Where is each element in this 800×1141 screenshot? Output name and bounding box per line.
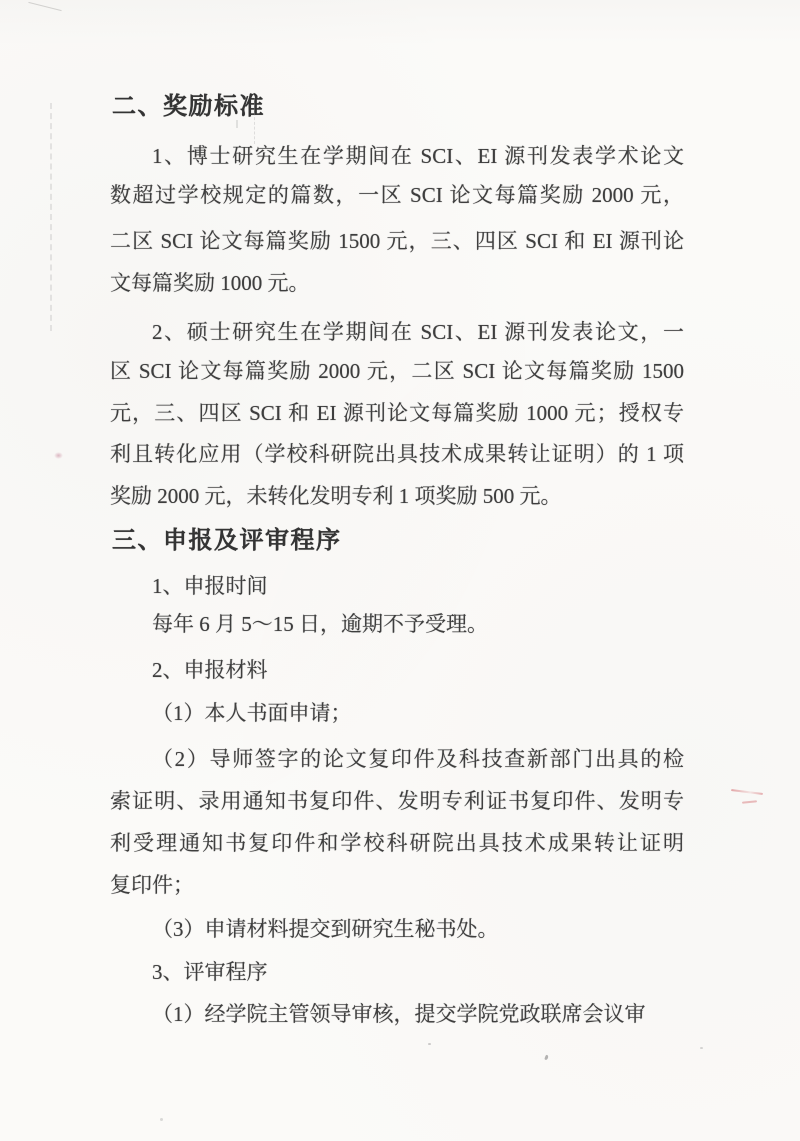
document-line: 利且转化应用（学校科研院出具技术成果转让证明）的 1 项 [110, 439, 684, 469]
document-heading: 三、申报及评审程序 [112, 525, 686, 555]
document-line: （1）本人书面申请； [110, 698, 684, 728]
document-line: 复印件； [110, 870, 684, 900]
scan-artifact-speck [160, 1118, 163, 1121]
scan-artifact-scratch [28, 2, 61, 11]
document-line: （2）导师签字的论文复印件及科技查新部门出具的检 [110, 744, 684, 774]
document-heading: 二、奖励标准 [112, 91, 686, 121]
scan-artifact-pink-speck [54, 452, 63, 459]
document-line: 1、申报时间 [110, 571, 684, 601]
document-line: 索证明、录用通知书复印件、发明专利证书复印件、发明专 [110, 786, 684, 816]
scan-artifact-speck [236, 120, 238, 128]
document-line: 元，三、四区 SCI 和 EI 源刊论文每篇奖励 1000 元；授权专 [110, 398, 684, 428]
scan-artifact-red-scratch [742, 800, 757, 804]
scan-artifact-speck [544, 1055, 549, 1061]
document-line: 数超过学校规定的篇数，一区 SCI 论文每篇奖励 2000 元， [110, 180, 684, 210]
document-line: 二区 SCI 论文每篇奖励 1500 元，三、四区 SCI 和 EI 源刊论 [110, 226, 684, 256]
document-line: 3、评审程序 [110, 957, 684, 987]
scanned-document-page: 二、奖励标准1、博士研究生在学期间在 SCI、EI 源刊发表学术论文数超过学校规… [0, 0, 800, 1141]
document-line: 奖励 2000 元，未转化发明专利 1 项奖励 500 元。 [110, 481, 684, 511]
document-line: 2、申报材料 [110, 655, 684, 685]
document-line: （1）经学院主管领导审核，提交学院党政联席会议审 [110, 999, 684, 1029]
document-line: 文每篇奖励 1000 元。 [110, 268, 684, 298]
document-line: 2、硕士研究生在学期间在 SCI、EI 源刊发表论文，一 [110, 317, 684, 347]
document-line: （3）申请材料提交到研究生秘书处。 [110, 914, 684, 944]
document-line: 区 SCI 论文每篇奖励 2000 元，二区 SCI 论文每篇奖励 1500 [110, 356, 684, 386]
scan-artifact-speck [700, 1047, 703, 1049]
document-line: 利受理通知书复印件和学校科研院出具技术成果转让证明 [110, 828, 684, 858]
document-line: 每年 6 月 5～15 日，逾期不予受理。 [110, 609, 684, 639]
scan-artifact-streak [50, 103, 52, 331]
scan-artifact-speck [428, 1043, 431, 1045]
scan-artifact-red-scratch [731, 789, 763, 795]
document-line: 1、博士研究生在学期间在 SCI、EI 源刊发表学术论文 [110, 141, 684, 171]
